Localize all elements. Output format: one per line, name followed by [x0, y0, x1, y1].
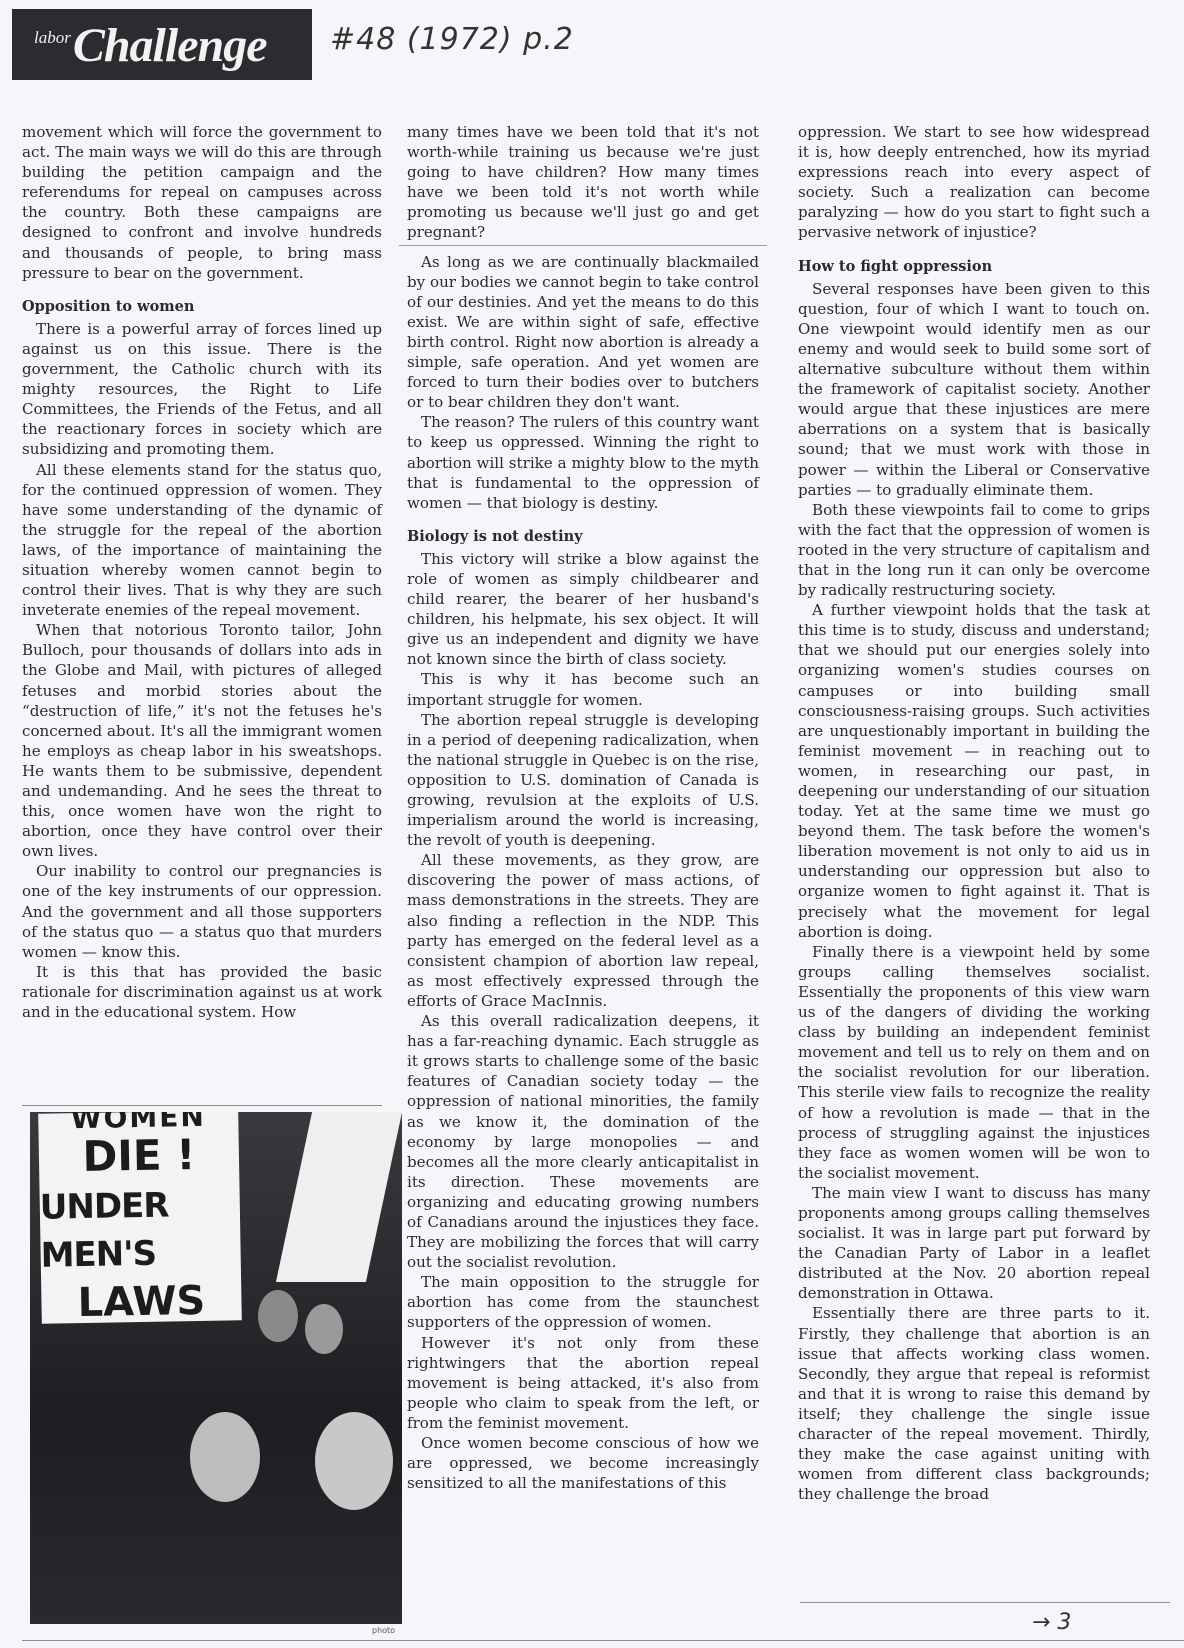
article-paragraph: movement which will force the government… [22, 122, 382, 283]
sign-line: UNDER MEN'S [39, 1180, 241, 1279]
section-heading: Biology is not destiny [407, 527, 759, 547]
continued-on-page-marker: → 3 [1032, 1610, 1071, 1635]
masthead-prefix: labor [34, 28, 71, 48]
article-paragraph: Both these viewpoints fail to come to gr… [798, 500, 1150, 600]
article-paragraph: Once women become conscious of how we ar… [407, 1433, 759, 1493]
article-paragraph: Several responses have been given to thi… [798, 279, 1150, 500]
sign-line: LAWS [77, 1277, 205, 1327]
page-bottom-edge [22, 1640, 1184, 1641]
article-paragraph: As long as we are continually blackmaile… [407, 252, 759, 413]
article-paragraph: The main opposition to the struggle for … [407, 1272, 759, 1332]
protest-sign: WOMEN DIE ! UNDER MEN'S LAWS [38, 1112, 242, 1324]
protester-face [315, 1412, 393, 1510]
article-paragraph: A further viewpoint holds that the task … [798, 600, 1150, 942]
article-paragraph: Our inability to control our pregnancies… [22, 861, 382, 961]
article-paragraph: oppression. We start to see how widespre… [798, 122, 1150, 243]
banner [276, 1112, 402, 1282]
article-paragraph: All these elements stand for the status … [22, 460, 382, 621]
protester-face [258, 1290, 298, 1342]
article-paragraph: All these movements, as they grow, are d… [407, 850, 759, 1011]
masthead-logo: labor Challenge [12, 9, 312, 80]
clipping-divider [399, 245, 767, 246]
section-heading: How to fight oppression [798, 257, 1150, 277]
article-paragraph: As this overall radicalization deepens, … [407, 1011, 759, 1272]
protest-photo: WOMEN DIE ! UNDER MEN'S LAWS [30, 1112, 402, 1624]
article-paragraph: The reason? The rulers of this country w… [407, 412, 759, 512]
article-paragraph: Finally there is a viewpoint held by som… [798, 942, 1150, 1183]
article-paragraph: However it's not only from these rightwi… [407, 1333, 759, 1433]
article-paragraph: It is this that has provided the basic r… [22, 962, 382, 1022]
clipping-edge [800, 1602, 1170, 1603]
article-column-3: oppression. We start to see how widespre… [798, 122, 1150, 1504]
photo-credit: photo [372, 1626, 395, 1635]
article-paragraph: This victory will strike a blow against … [407, 549, 759, 670]
protester-face [305, 1304, 343, 1354]
masthead-title: Challenge [73, 24, 267, 68]
article-column-1: movement which will force the government… [22, 122, 382, 1022]
clipping-edge [22, 1105, 382, 1106]
sign-line: DIE ! [82, 1129, 196, 1183]
protester-face [190, 1412, 260, 1502]
article-paragraph: Essentially there are three parts to it.… [798, 1303, 1150, 1504]
article-column-2: many times have we been told that it's n… [407, 122, 759, 1493]
article-paragraph: The abortion repeal struggle is developi… [407, 710, 759, 851]
handwritten-issue-reference: #48 (1972) p.2 [330, 22, 574, 57]
section-heading: Opposition to women [22, 297, 382, 317]
article-paragraph: This is why it has become such an import… [407, 669, 759, 709]
article-paragraph: When that notorious Toronto tailor, John… [22, 620, 382, 861]
article-paragraph: many times have we been told that it's n… [407, 122, 759, 243]
article-paragraph: The main view I want to discuss has many… [798, 1183, 1150, 1304]
article-paragraph: There is a powerful array of forces line… [22, 319, 382, 460]
